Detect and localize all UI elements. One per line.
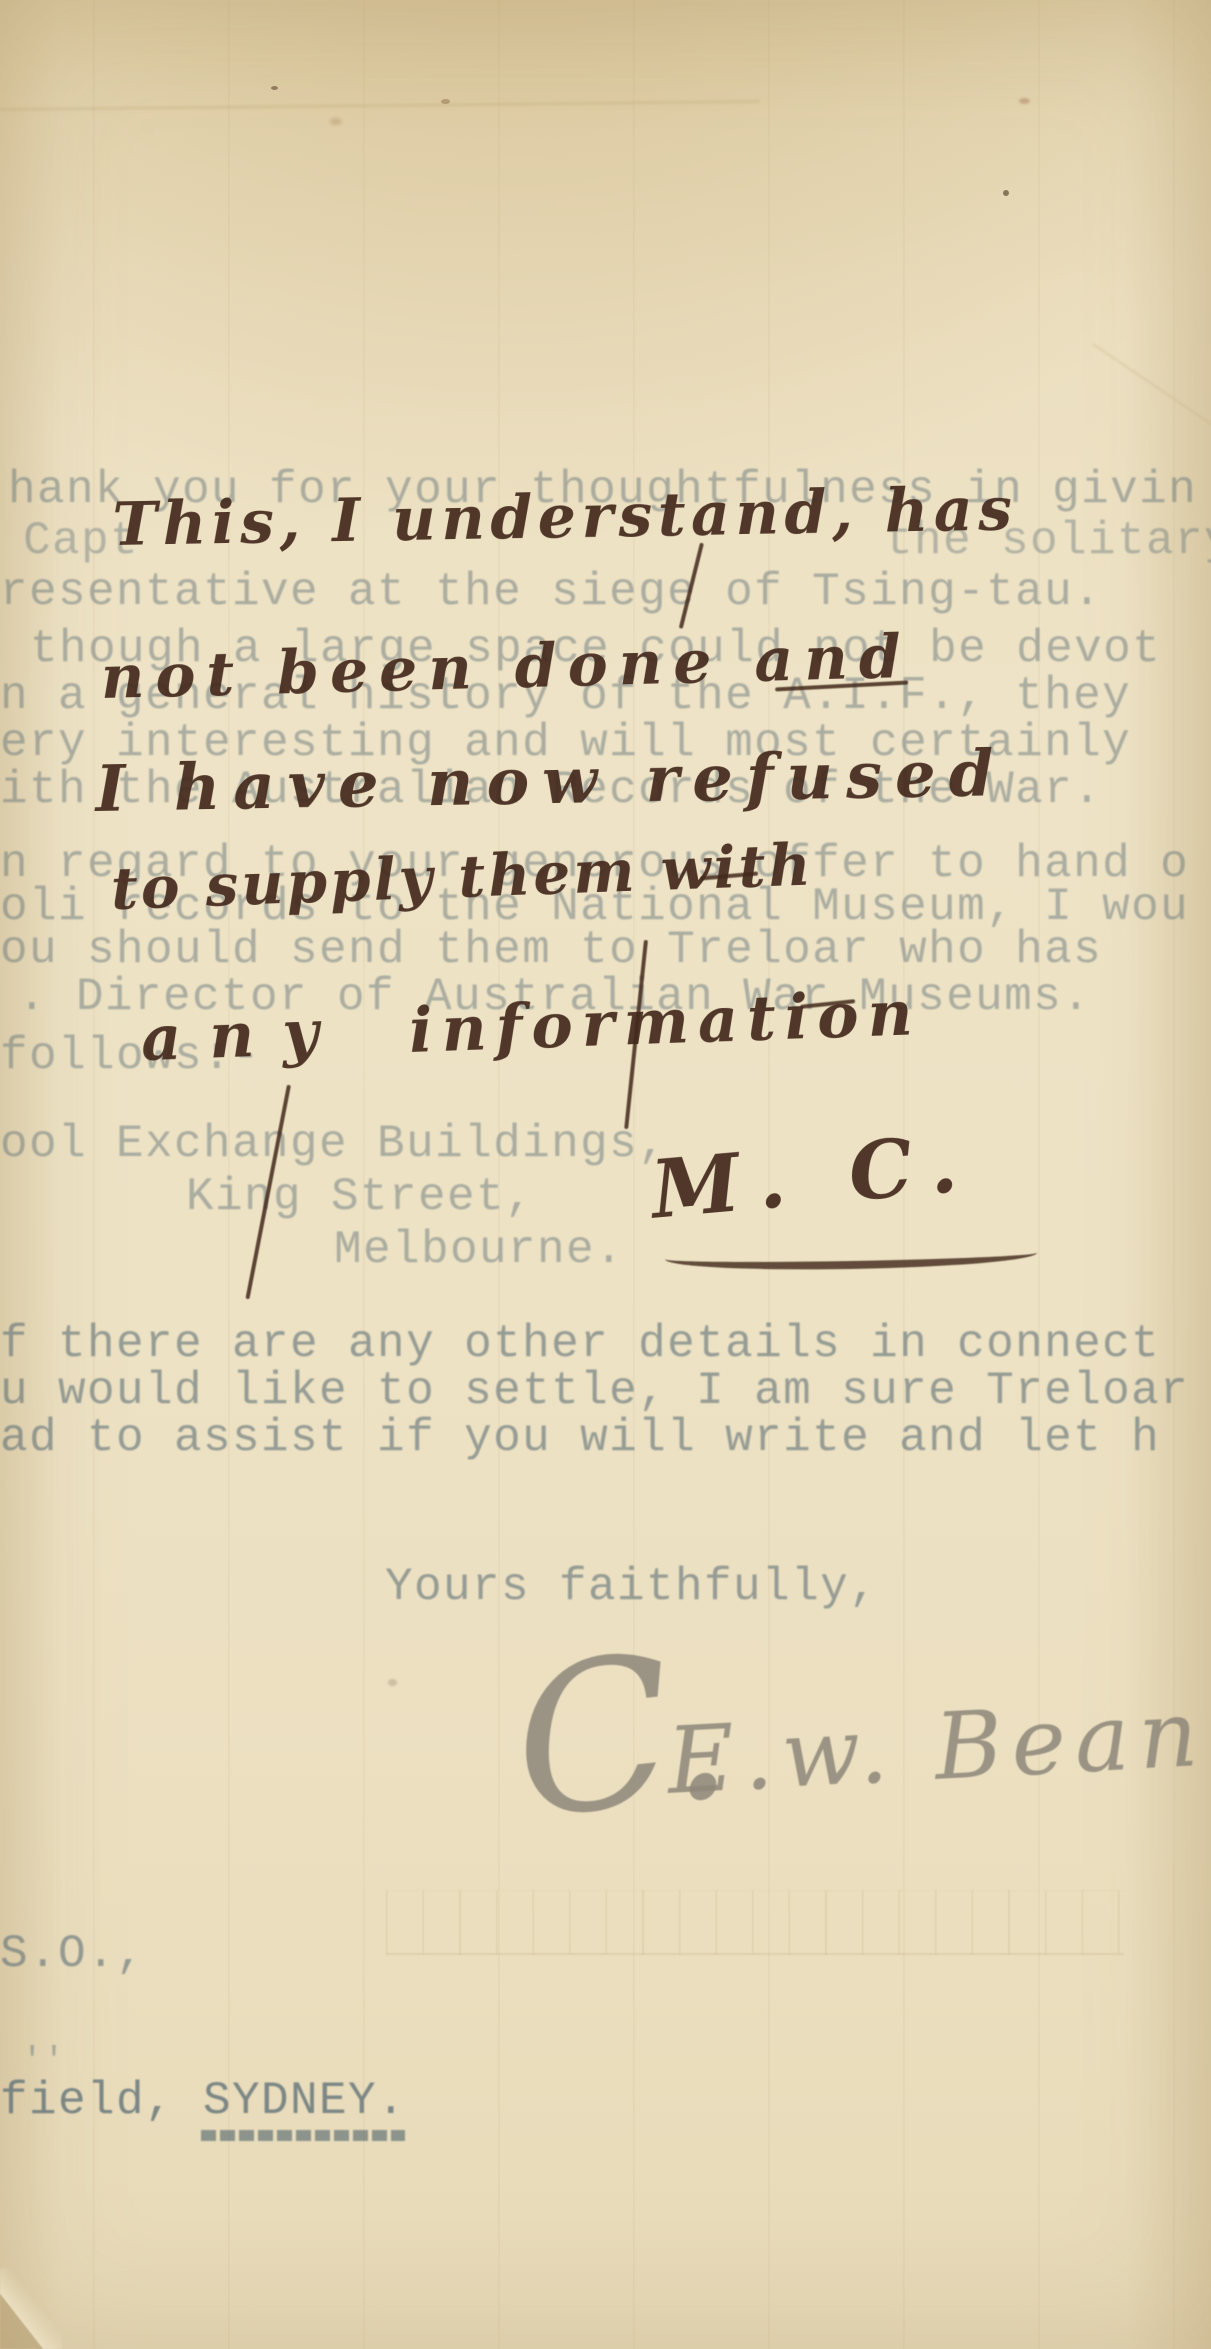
handwriting-line-3: I have now refused	[95, 742, 1007, 822]
typed-footer-initials: S.O.,	[0, 1931, 145, 1977]
typed-address-line: ool Exchange Buildings,	[0, 1121, 667, 1167]
paper-chain-lines	[0, 0, 1211, 2349]
typed-footer-city: SYDNEY.	[203, 2078, 406, 2124]
paper-speck	[441, 99, 450, 104]
typed-line: ou should send them to Treloar who has	[0, 927, 1102, 973]
typed-line: u would like to settle, I am sure Treloa…	[0, 1368, 1189, 1414]
typed-line: resentative at the siege of Tsing-tau.	[0, 569, 1102, 615]
handwriting-line-5-word: any	[140, 1001, 347, 1070]
typed-line: f there are any other details in connect	[0, 1321, 1160, 1367]
typed-footer-suburb: field,	[0, 2078, 174, 2124]
handwriting-line-5-rest: information	[408, 982, 923, 1062]
signature: E.w. Bean.	[665, 1686, 1211, 1808]
initials-underline-flourish	[665, 1240, 1037, 1272]
sydney-underline	[201, 2130, 405, 2141]
handwriting-line-1: This, I understand, has	[112, 479, 1018, 555]
letter-page: hank you for your thoughtfulness in givi…	[0, 0, 1211, 2349]
folded-corner	[0, 2268, 62, 2349]
paper-speck	[1019, 98, 1030, 104]
paper-speck	[388, 1679, 397, 1686]
top-crease	[0, 100, 760, 111]
typed-footer-marks: ''	[22, 2045, 66, 2079]
corner-crease	[1092, 343, 1211, 429]
paper-speck	[330, 118, 342, 125]
typed-address-line: King Street,	[186, 1174, 534, 1220]
handwriting-initials: M. C.	[648, 1122, 978, 1230]
paper-speck	[1003, 190, 1009, 196]
paper-speck	[271, 86, 278, 90]
typed-closing: Yours faithfully,	[385, 1564, 878, 1610]
typed-address-line: Melbourne.	[334, 1227, 624, 1273]
typed-line: ad to assist if you will write and let h	[0, 1415, 1160, 1461]
ruled-grid-bleedthrough	[386, 1890, 1124, 1955]
